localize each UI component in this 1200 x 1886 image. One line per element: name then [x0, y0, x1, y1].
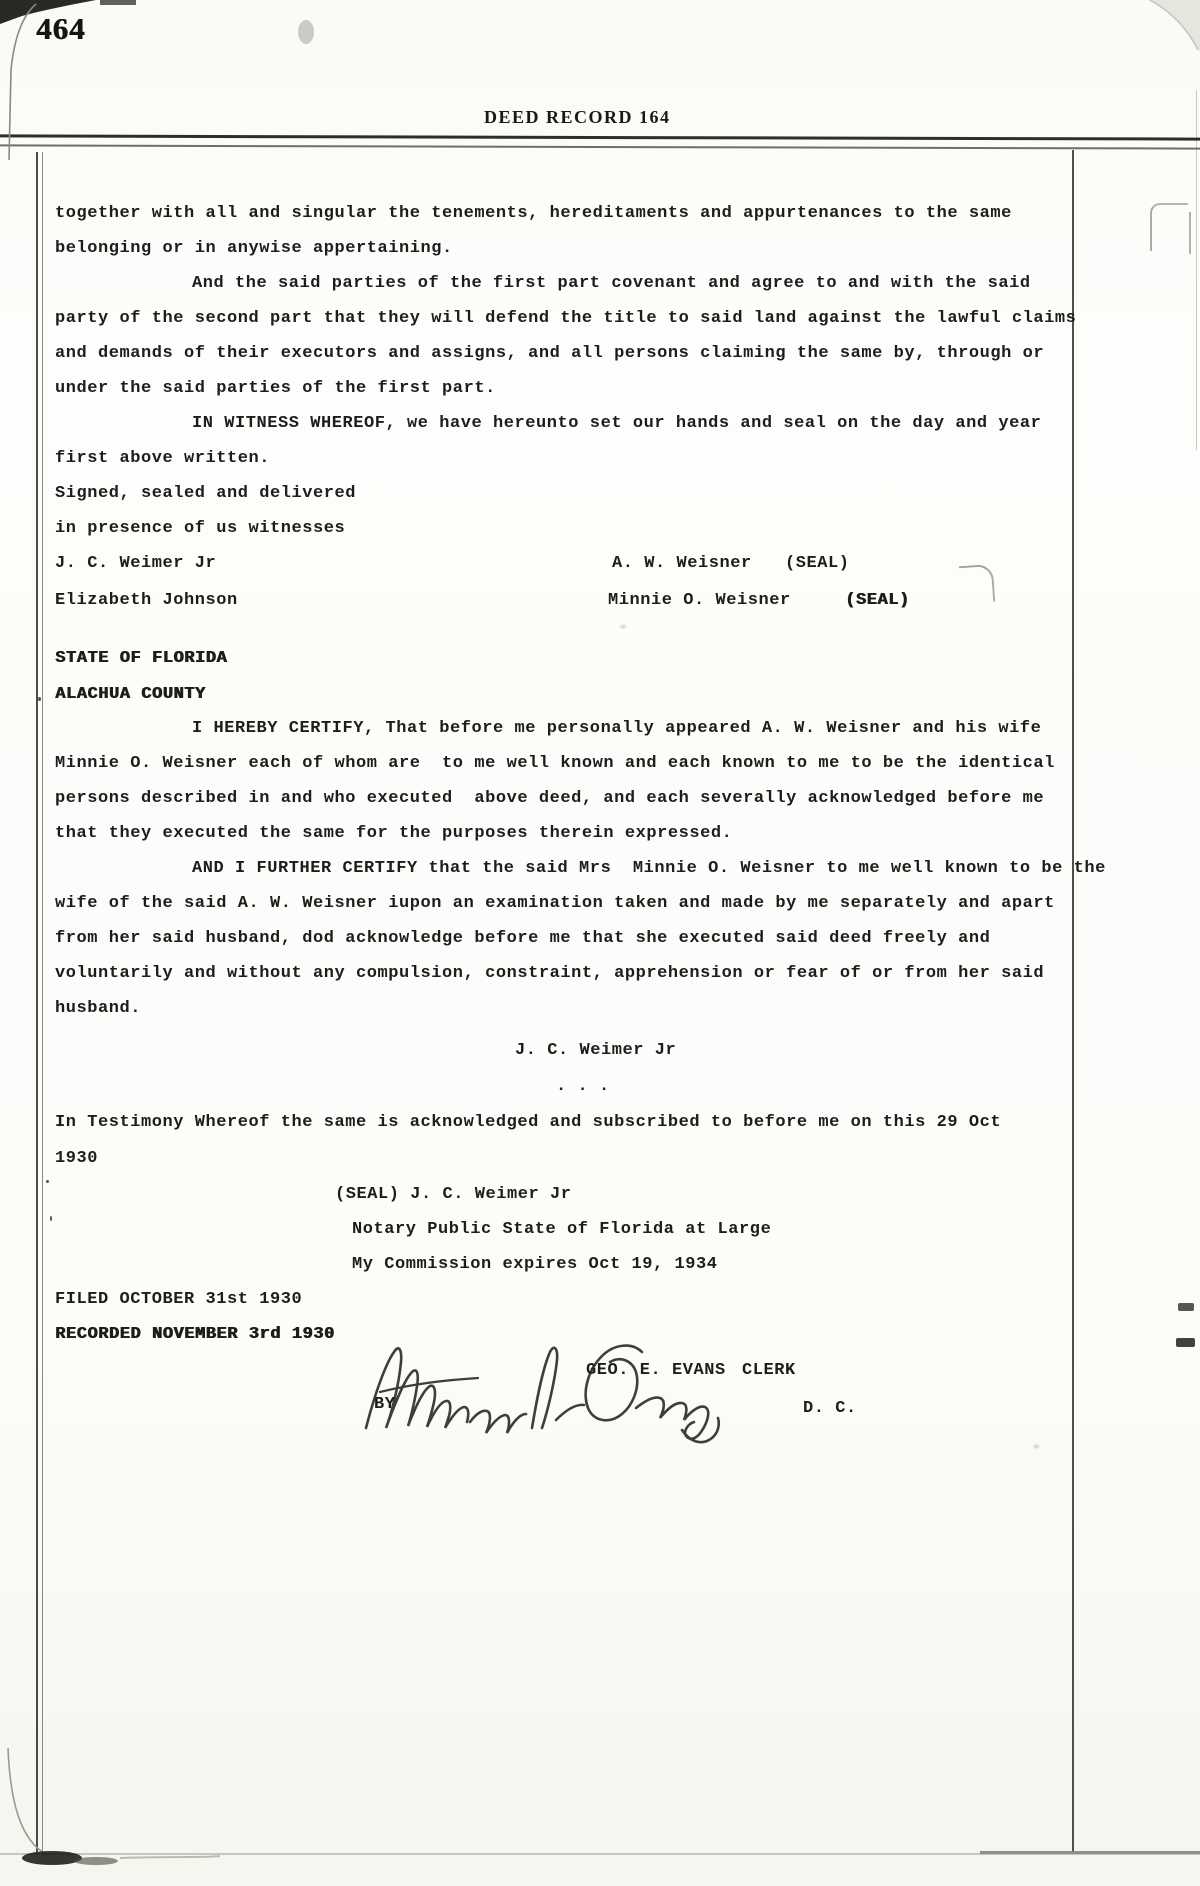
- ink-speck: [50, 1216, 52, 1221]
- clerk-title: CLERK: [742, 1360, 796, 1382]
- notary-commission: My Commission expires Oct 19, 1934: [352, 1254, 718, 1276]
- deputy-clerk-label: D. C.: [803, 1398, 857, 1420]
- body-line: and demands of their executors and assig…: [55, 343, 1044, 365]
- notary-title: Notary Public State of Florida at Large: [352, 1219, 771, 1241]
- smudge: [620, 625, 626, 628]
- page-edge-line: [1196, 90, 1197, 450]
- body-line: from her said husband, dod acknowledge b…: [55, 928, 990, 950]
- body-line: Signed, sealed and delivered: [55, 483, 356, 505]
- body-line: party of the second part that they will …: [55, 308, 1076, 330]
- bottom-left-page-corner: [0, 1740, 220, 1886]
- body-line: that they executed the same for the purp…: [55, 823, 732, 845]
- notary-seal-line: (SEAL) J. C. Weimer Jr: [335, 1184, 572, 1206]
- body-line: belonging or in anywise appertaining.: [55, 238, 453, 260]
- deed-record-page: 464 DEED RECORD 164 together with all an…: [0, 0, 1200, 1886]
- top-left-page-corner: [0, 0, 340, 180]
- body-line: first above written.: [55, 448, 270, 470]
- grantor-name: Minnie O. Weisner: [608, 590, 791, 612]
- body-line: 1930: [55, 1148, 98, 1170]
- body-line: voluntarily and without any compulsion, …: [55, 963, 1044, 985]
- smudge: [1034, 1445, 1039, 1448]
- body-line: persons described in and who executed ab…: [55, 788, 1044, 810]
- left-margin-rule: [36, 152, 38, 1852]
- state-heading: STATE OF FLORIDA: [55, 648, 227, 670]
- body-line: together with all and singular the tenem…: [55, 203, 1012, 225]
- seal-label: (SEAL): [785, 553, 850, 575]
- body-line: IN WITNESS WHEREOF, we have hereunto set…: [192, 413, 1041, 435]
- margin-arc-artifact: [959, 564, 996, 604]
- body-line: Minnie O. Weisner each of whom are to me…: [55, 753, 1055, 775]
- body-line: in presence of us witnesses: [55, 518, 345, 540]
- seal-label: (SEAL): [845, 590, 910, 612]
- witness-name: J. C. Weimer Jr: [55, 553, 216, 575]
- notary-name: J. C. Weimer Jr: [515, 1040, 676, 1062]
- body-line: In Testimony Whereof the same is acknowl…: [55, 1112, 1001, 1134]
- top-right-page-corner: [1130, 0, 1200, 60]
- right-margin-bracket-artifact: [1150, 203, 1188, 251]
- separator-dots: . . .: [556, 1076, 610, 1098]
- body-line: And the said parties of the first part c…: [192, 273, 1031, 295]
- page-header: DEED RECORD 164: [484, 106, 671, 128]
- left-margin-rule-inner: [42, 152, 43, 1852]
- ink-speck: [46, 1180, 49, 1183]
- bottom-rule-dark-segment: [980, 1851, 1200, 1854]
- right-margin-rule: [1072, 150, 1074, 1852]
- body-line: husband.: [55, 998, 141, 1020]
- deputy-clerk-signature: [350, 1330, 750, 1460]
- witness-name: Elizabeth Johnson: [55, 590, 238, 612]
- body-line: AND I FURTHER CERTIFY that the said Mrs …: [192, 858, 1106, 880]
- grantor-name: A. W. Weisner: [612, 553, 752, 575]
- ink-speck: [38, 697, 41, 701]
- body-line: wife of the said A. W. Weisner iupon an …: [55, 893, 1055, 915]
- filed-date: FILED OCTOBER 31st 1930: [55, 1289, 302, 1311]
- right-margin-dash-artifact: [1189, 212, 1191, 254]
- body-line: I HEREBY CERTIFY, That before me persona…: [192, 718, 1041, 740]
- right-edge-mark: [1178, 1303, 1194, 1311]
- recorded-date: RECORDED NOVEMBER 3rd 1930: [55, 1324, 335, 1346]
- right-edge-mark: [1176, 1338, 1195, 1347]
- county-heading: ALACHUA COUNTY: [55, 684, 206, 706]
- body-line: under the said parties of the first part…: [55, 378, 496, 400]
